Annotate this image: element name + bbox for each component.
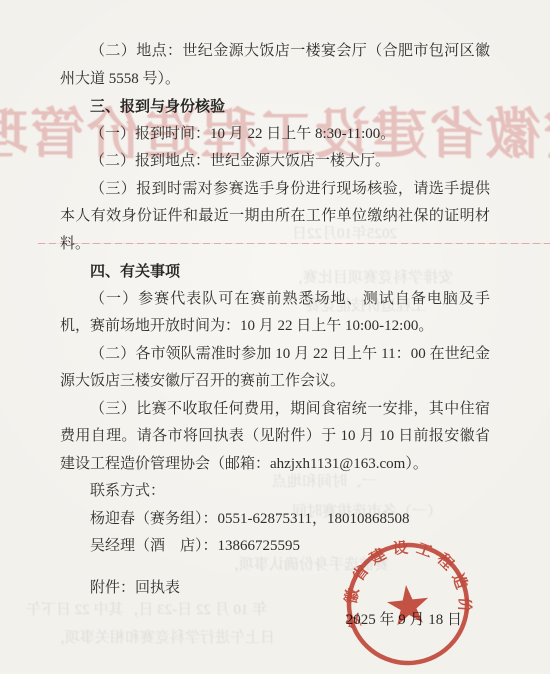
heading-related-matters: 四、有关事项	[60, 258, 490, 286]
para-site-open: （一）参赛代表队可在赛前熟悉场地、测试自备电脑及手机，赛前场地开放时间为：10 …	[60, 286, 490, 341]
para-checkin-place: （二）报到地点：世纪金源大饭店一楼大厅。	[60, 148, 490, 176]
para-pre-meeting: （二）各市领队需准时参加 10 月 22 日上午 11：00 在世纪金源大饭店三…	[60, 341, 490, 396]
para-venue: （二）地点：世纪金源大饭店一楼宴会厅（合肥市包河区徽州大道 5558 号）。	[60, 38, 490, 93]
official-seal: 安徽省建设工程造价管理协会 ★	[338, 534, 479, 674]
para-contact-yang: 杨迎春（赛务组）：0551-62875311，18010868508	[60, 506, 490, 534]
heading-registration: 三、报到与身份核验	[60, 93, 490, 121]
scanned-document-page: 安徽省建设工程造价管理协会文件 2025年10月22日 安排学科竞赛项目比赛， …	[0, 0, 550, 674]
para-fees-reply: （三）比赛不收取任何费用，期间食宿统一安排，其中住宿费用自理。请各市将回执表（见…	[60, 396, 490, 479]
para-identity-check: （三）报到时需对参赛选手身份进行现场核验，请选手提供本人有效身份证件和最近一期由…	[60, 176, 490, 259]
para-checkin-time: （一）报到时间：10 月 22 日上午 8:30-11:00。	[60, 121, 490, 149]
para-contact-label: 联系方式：	[60, 478, 490, 506]
star-icon: ★	[381, 574, 435, 639]
